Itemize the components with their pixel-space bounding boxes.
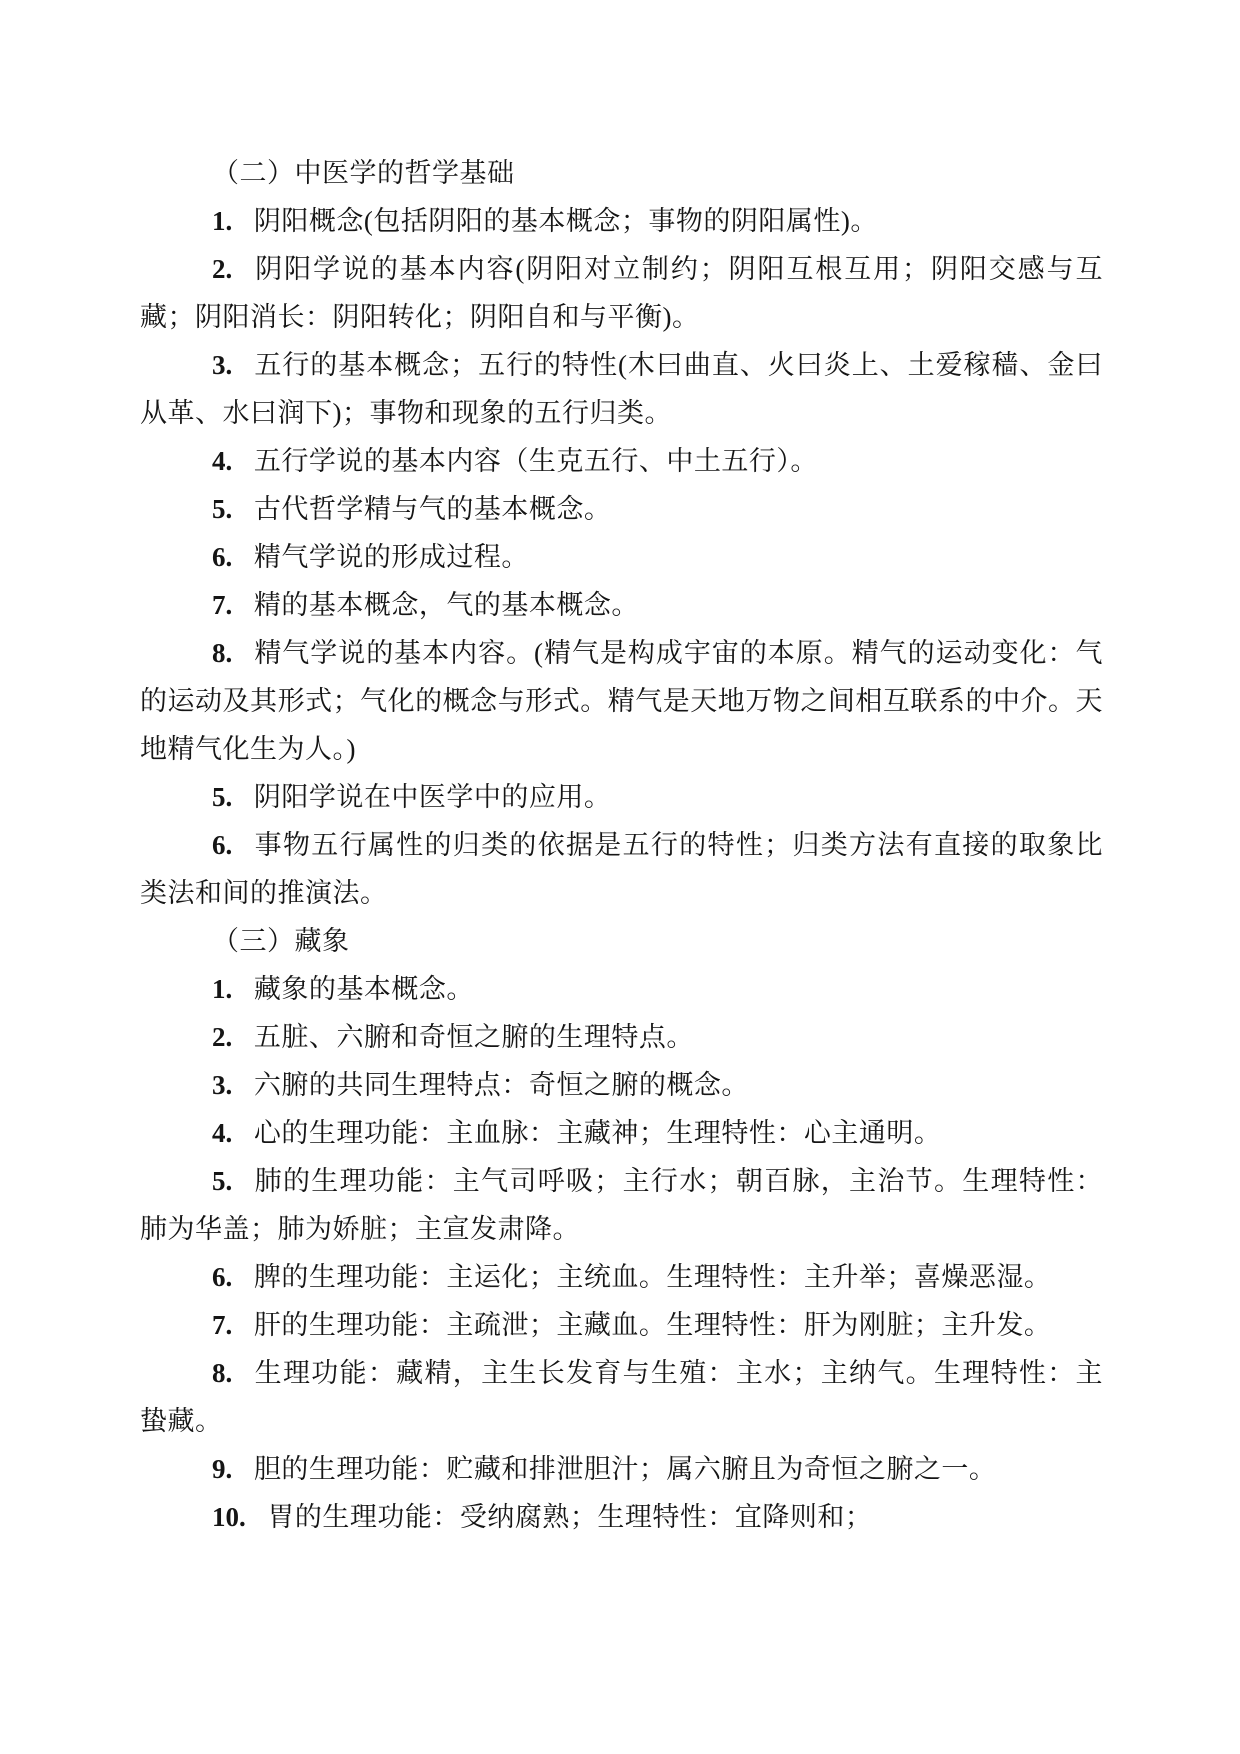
outline-item: 1.藏象的基本概念。 <box>140 965 1103 1013</box>
item-number: 7. <box>212 590 232 620</box>
item-number: 3. <box>212 1070 232 1100</box>
item-text: 五脏、六腑和奇恒之腑的生理特点。 <box>254 1022 694 1052</box>
outline-item: 3.六腑的共同生理特点：奇恒之腑的概念。 <box>140 1061 1103 1109</box>
outline-item: 2.阴阳学说的基本内容(阴阳对立制约；阴阳互根互用；阴阳交感与互藏；阴阳消长：阴… <box>140 245 1103 341</box>
item-number: 3. <box>212 350 232 380</box>
document-page: （二）中医学的哲学基础 1.阴阳概念(包括阴阳的基本概念；事物的阴阳属性)。 2… <box>0 0 1240 1754</box>
item-number: 2. <box>212 1022 232 1052</box>
item-number: 5. <box>212 1166 232 1196</box>
item-text: 古代哲学精与气的基本概念。 <box>254 494 612 524</box>
item-text: 脾的生理功能：主运化；主统血。生理特性：主升举；喜燥恶湿。 <box>254 1262 1052 1292</box>
item-text: 精气学说的形成过程。 <box>254 542 529 572</box>
outline-item: 6.事物五行属性的归类的依据是五行的特性；归类方法有直接的取象比类法和间的推演法… <box>140 821 1103 917</box>
item-number: 4. <box>212 446 232 476</box>
outline-item: 8.精气学说的基本内容。(精气是构成宇宙的本原。精气的运动变化：气的运动及其形式… <box>140 629 1103 773</box>
item-number: 6. <box>212 1262 232 1292</box>
item-text: 肝的生理功能：主疏泄；主藏血。生理特性：肝为刚脏；主升发。 <box>254 1310 1052 1340</box>
item-number: 5. <box>212 782 232 812</box>
item-text: 阴阳学说的基本内容(阴阳对立制约；阴阳互根互用；阴阳交感与互藏；阴阳消长：阴阳转… <box>140 254 1103 332</box>
item-text: 胆的生理功能：贮藏和排泄胆汁；属六腑且为奇恒之腑之一。 <box>254 1454 997 1484</box>
item-text: 事物五行属性的归类的依据是五行的特性；归类方法有直接的取象比类法和间的推演法。 <box>140 830 1103 908</box>
outline-item: 4.心的生理功能：主血脉：主藏神；生理特性：心主通明。 <box>140 1109 1103 1157</box>
section-heading: （三）藏象 <box>140 917 1103 965</box>
outline-item: 10.胃的生理功能：受纳腐熟；生理特性：宜降则和； <box>140 1493 1103 1541</box>
outline-item: 8.生理功能：藏精，主生长发育与生殖：主水；主纳气。生理特性：主蛰藏。 <box>140 1349 1103 1445</box>
item-number: 6. <box>212 830 232 860</box>
outline-item: 7.肝的生理功能：主疏泄；主藏血。生理特性：肝为刚脏；主升发。 <box>140 1301 1103 1349</box>
item-number: 8. <box>212 638 232 668</box>
item-number: 8. <box>212 1358 232 1388</box>
item-number: 4. <box>212 1118 232 1148</box>
outline-item: 6.脾的生理功能：主运化；主统血。生理特性：主升举；喜燥恶湿。 <box>140 1253 1103 1301</box>
outline-item: 5.阴阳学说在中医学中的应用。 <box>140 773 1103 821</box>
item-text: 胃的生理功能：受纳腐熟；生理特性：宜降则和； <box>267 1502 872 1532</box>
item-text: 精的基本概念，气的基本概念。 <box>254 590 639 620</box>
item-number: 1. <box>212 206 232 236</box>
outline-item: 1.阴阳概念(包括阴阳的基本概念；事物的阴阳属性)。 <box>140 197 1103 245</box>
item-text: 精气学说的基本内容。(精气是构成宇宙的本原。精气的运动变化：气的运动及其形式；气… <box>140 638 1103 764</box>
outline-item: 6.精气学说的形成过程。 <box>140 533 1103 581</box>
item-number: 1. <box>212 974 232 1004</box>
item-number: 5. <box>212 494 232 524</box>
outline-item: 7.精的基本概念，气的基本概念。 <box>140 581 1103 629</box>
outline-item: 9.胆的生理功能：贮藏和排泄胆汁；属六腑且为奇恒之腑之一。 <box>140 1445 1103 1493</box>
item-text: 阴阳学说在中医学中的应用。 <box>254 782 612 812</box>
item-text: 阴阳概念(包括阴阳的基本概念；事物的阴阳属性)。 <box>254 206 878 236</box>
item-text: 生理功能：藏精，主生长发育与生殖：主水；主纳气。生理特性：主蛰藏。 <box>140 1358 1103 1436</box>
section-heading: （二）中医学的哲学基础 <box>140 149 1103 197</box>
item-text: 六腑的共同生理特点：奇恒之腑的概念。 <box>254 1070 749 1100</box>
item-number: 10. <box>212 1502 246 1532</box>
item-text: 心的生理功能：主血脉：主藏神；生理特性：心主通明。 <box>254 1118 942 1148</box>
item-text: 五行的基本概念；五行的特性(木曰曲直、火曰炎上、土爱稼穑、金曰从革、水曰润下)；… <box>140 350 1103 428</box>
outline-item: 4.五行学说的基本内容（生克五行、中土五行）。 <box>140 437 1103 485</box>
item-number: 9. <box>212 1454 232 1484</box>
outline-item: 5.古代哲学精与气的基本概念。 <box>140 485 1103 533</box>
item-text: 五行学说的基本内容（生克五行、中土五行）。 <box>254 446 818 476</box>
outline-item: 5.肺的生理功能：主气司呼吸；主行水；朝百脉，主治节。生理特性：肺为华盖；肺为娇… <box>140 1157 1103 1253</box>
item-number: 2. <box>212 254 232 284</box>
outline-item: 3.五行的基本概念；五行的特性(木曰曲直、火曰炎上、土爱稼穑、金曰从革、水曰润下… <box>140 341 1103 437</box>
item-text: 肺的生理功能：主气司呼吸；主行水；朝百脉，主治节。生理特性：肺为华盖；肺为娇脏；… <box>140 1166 1103 1244</box>
item-text: 藏象的基本概念。 <box>254 974 474 1004</box>
item-number: 7. <box>212 1310 232 1340</box>
item-number: 6. <box>212 542 232 572</box>
outline-item: 2.五脏、六腑和奇恒之腑的生理特点。 <box>140 1013 1103 1061</box>
